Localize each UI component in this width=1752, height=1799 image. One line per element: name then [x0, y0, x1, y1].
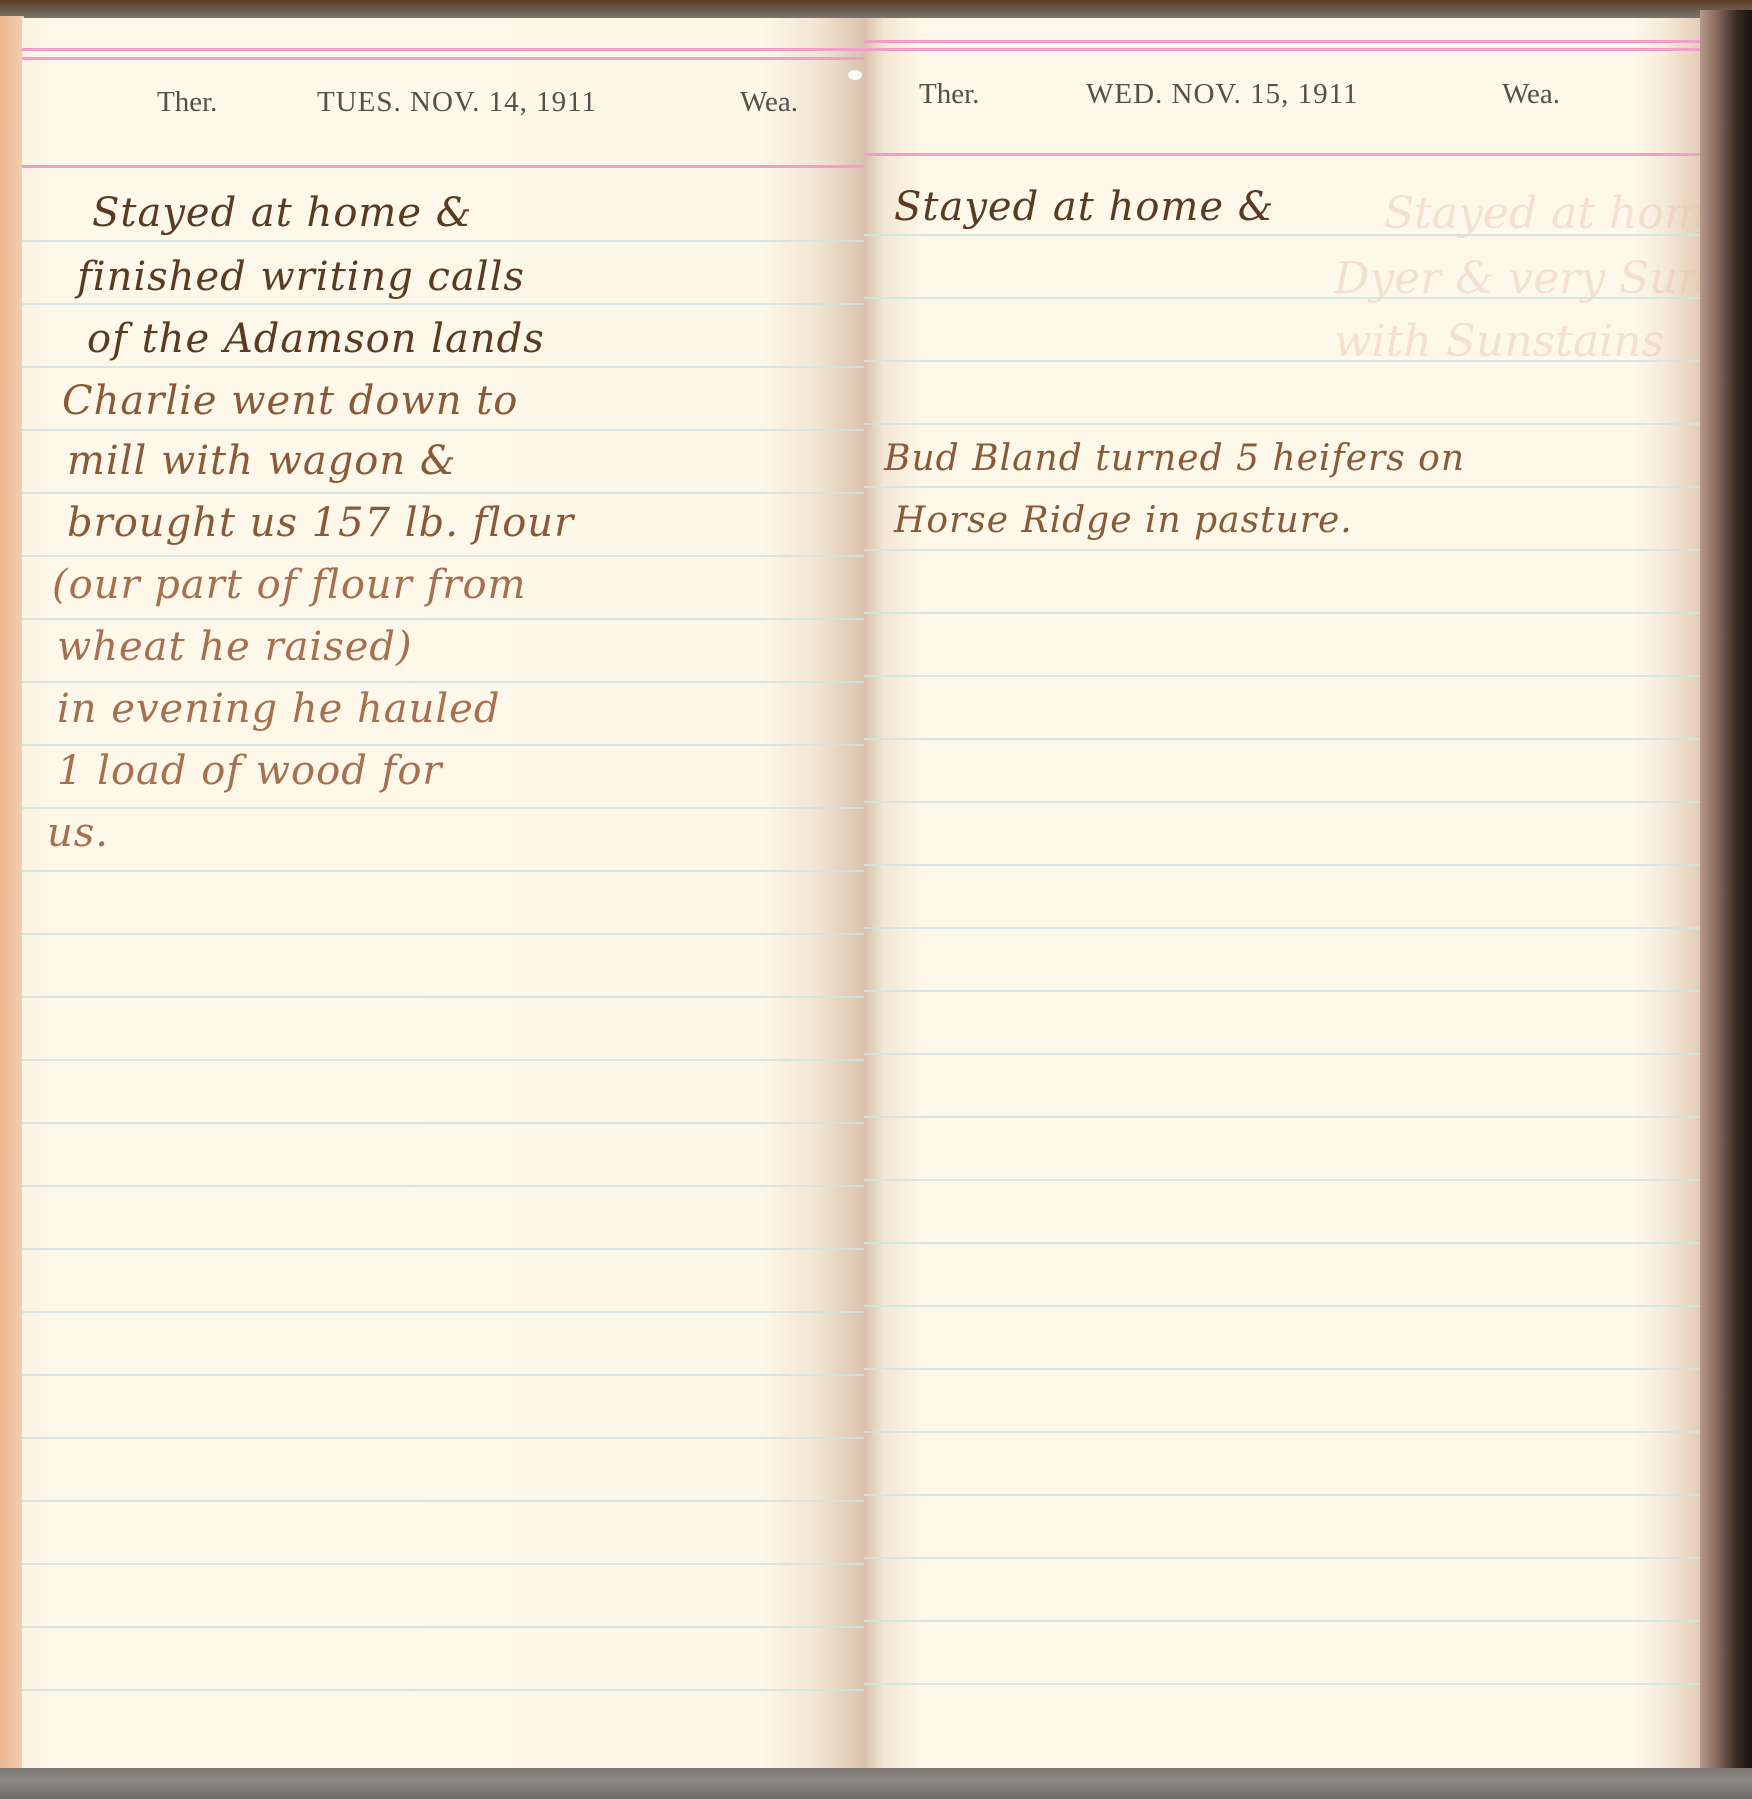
entry-line: brought us 157 lb. flour	[67, 500, 864, 546]
header-rule-bottom	[22, 165, 864, 168]
ruled-line	[22, 240, 864, 242]
ruled-line	[864, 1179, 1700, 1181]
ruled-line	[22, 870, 864, 872]
entry-line: Bud Bland turned 5 heifers on	[884, 438, 1700, 479]
entry-line: in evening he hauled	[57, 686, 864, 732]
ruled-line	[864, 1116, 1700, 1118]
ruled-line	[864, 738, 1700, 740]
book-bottom-edge	[0, 1768, 1752, 1799]
book-right-edge	[1700, 10, 1752, 1780]
ruled-line	[22, 555, 864, 557]
date-heading: TUES. NOV. 14, 1911	[317, 86, 597, 119]
ruled-line	[864, 360, 1700, 362]
entry-line: wheat he raised)	[57, 624, 864, 670]
thermometer-label: Ther.	[157, 86, 217, 119]
ruled-line	[22, 1437, 864, 1439]
entry-line: of the Adamson lands	[87, 316, 864, 362]
diary-page-right: Ther. WED. NOV. 15, 1911 Wea. Stayed at …	[864, 18, 1700, 1768]
ruled-line	[864, 1368, 1700, 1370]
entry-line: Charlie went down to	[62, 378, 864, 424]
ruled-line	[864, 234, 1700, 236]
gutter-debris	[848, 70, 862, 80]
book-top-edge	[0, 0, 1752, 18]
header-rule-top	[864, 40, 1700, 43]
ruled-line	[22, 1563, 864, 1565]
book-left-edge	[0, 16, 24, 1771]
entry-line: finished writing calls	[77, 254, 864, 300]
ruled-line	[22, 933, 864, 935]
ruled-line	[864, 549, 1700, 551]
ruled-line	[864, 1683, 1700, 1685]
ruled-line	[864, 1305, 1700, 1307]
weather-label: Wea.	[1502, 78, 1560, 111]
entry-line: 1 load of wood for	[57, 748, 864, 794]
entry-line: us.	[47, 810, 864, 856]
header-rule-bottom	[864, 153, 1700, 156]
ruled-line	[864, 1494, 1700, 1496]
ruled-line	[22, 1185, 864, 1187]
ruled-line	[864, 486, 1700, 488]
header-rule-top-2	[864, 48, 1700, 51]
ruled-line	[22, 1059, 864, 1061]
ruled-line	[22, 1122, 864, 1124]
ruled-line	[22, 429, 864, 431]
ruled-line	[864, 801, 1700, 803]
ruled-line	[22, 1500, 864, 1502]
page-header: Ther. WED. NOV. 15, 1911 Wea.	[864, 78, 1700, 128]
ruled-line	[22, 996, 864, 998]
header-rule-top-2	[22, 57, 864, 60]
ruled-line	[22, 1248, 864, 1250]
ruled-line	[22, 744, 864, 746]
ruled-line	[864, 423, 1700, 425]
ruled-line	[22, 303, 864, 305]
ruled-line	[22, 366, 864, 368]
thermometer-label: Ther.	[919, 78, 979, 111]
ruled-line	[22, 1374, 864, 1376]
ruled-line	[864, 1053, 1700, 1055]
ruled-line	[864, 297, 1700, 299]
entry-line: Stayed at home &	[894, 184, 1700, 230]
ruled-line	[22, 681, 864, 683]
ruled-line	[864, 927, 1700, 929]
date-heading: WED. NOV. 15, 1911	[1086, 78, 1359, 111]
entry-line: (our part of flour from	[52, 562, 864, 608]
diary-page-left: Ther. TUES. NOV. 14, 1911 Wea. Stayed at…	[22, 18, 864, 1768]
ruled-line	[864, 1431, 1700, 1433]
ruled-line	[864, 675, 1700, 677]
ruled-line	[22, 1689, 864, 1691]
ruled-line	[22, 1626, 864, 1628]
ruled-line	[22, 492, 864, 494]
ruled-line	[864, 1557, 1700, 1559]
ruled-line	[22, 618, 864, 620]
weather-label: Wea.	[740, 86, 798, 119]
entry-line: mill with wagon &	[67, 438, 864, 484]
ruled-line	[22, 1311, 864, 1313]
entry-line: Horse Ridge in pasture.	[894, 500, 1700, 541]
ruled-line	[864, 1620, 1700, 1622]
ruled-line	[864, 990, 1700, 992]
entry-line: Stayed at home &	[92, 190, 864, 236]
ruled-line	[864, 864, 1700, 866]
header-rule-top	[22, 48, 864, 51]
ruled-line	[22, 807, 864, 809]
ruled-line	[864, 1242, 1700, 1244]
page-header: Ther. TUES. NOV. 14, 1911 Wea.	[22, 86, 864, 136]
ruled-line	[864, 612, 1700, 614]
